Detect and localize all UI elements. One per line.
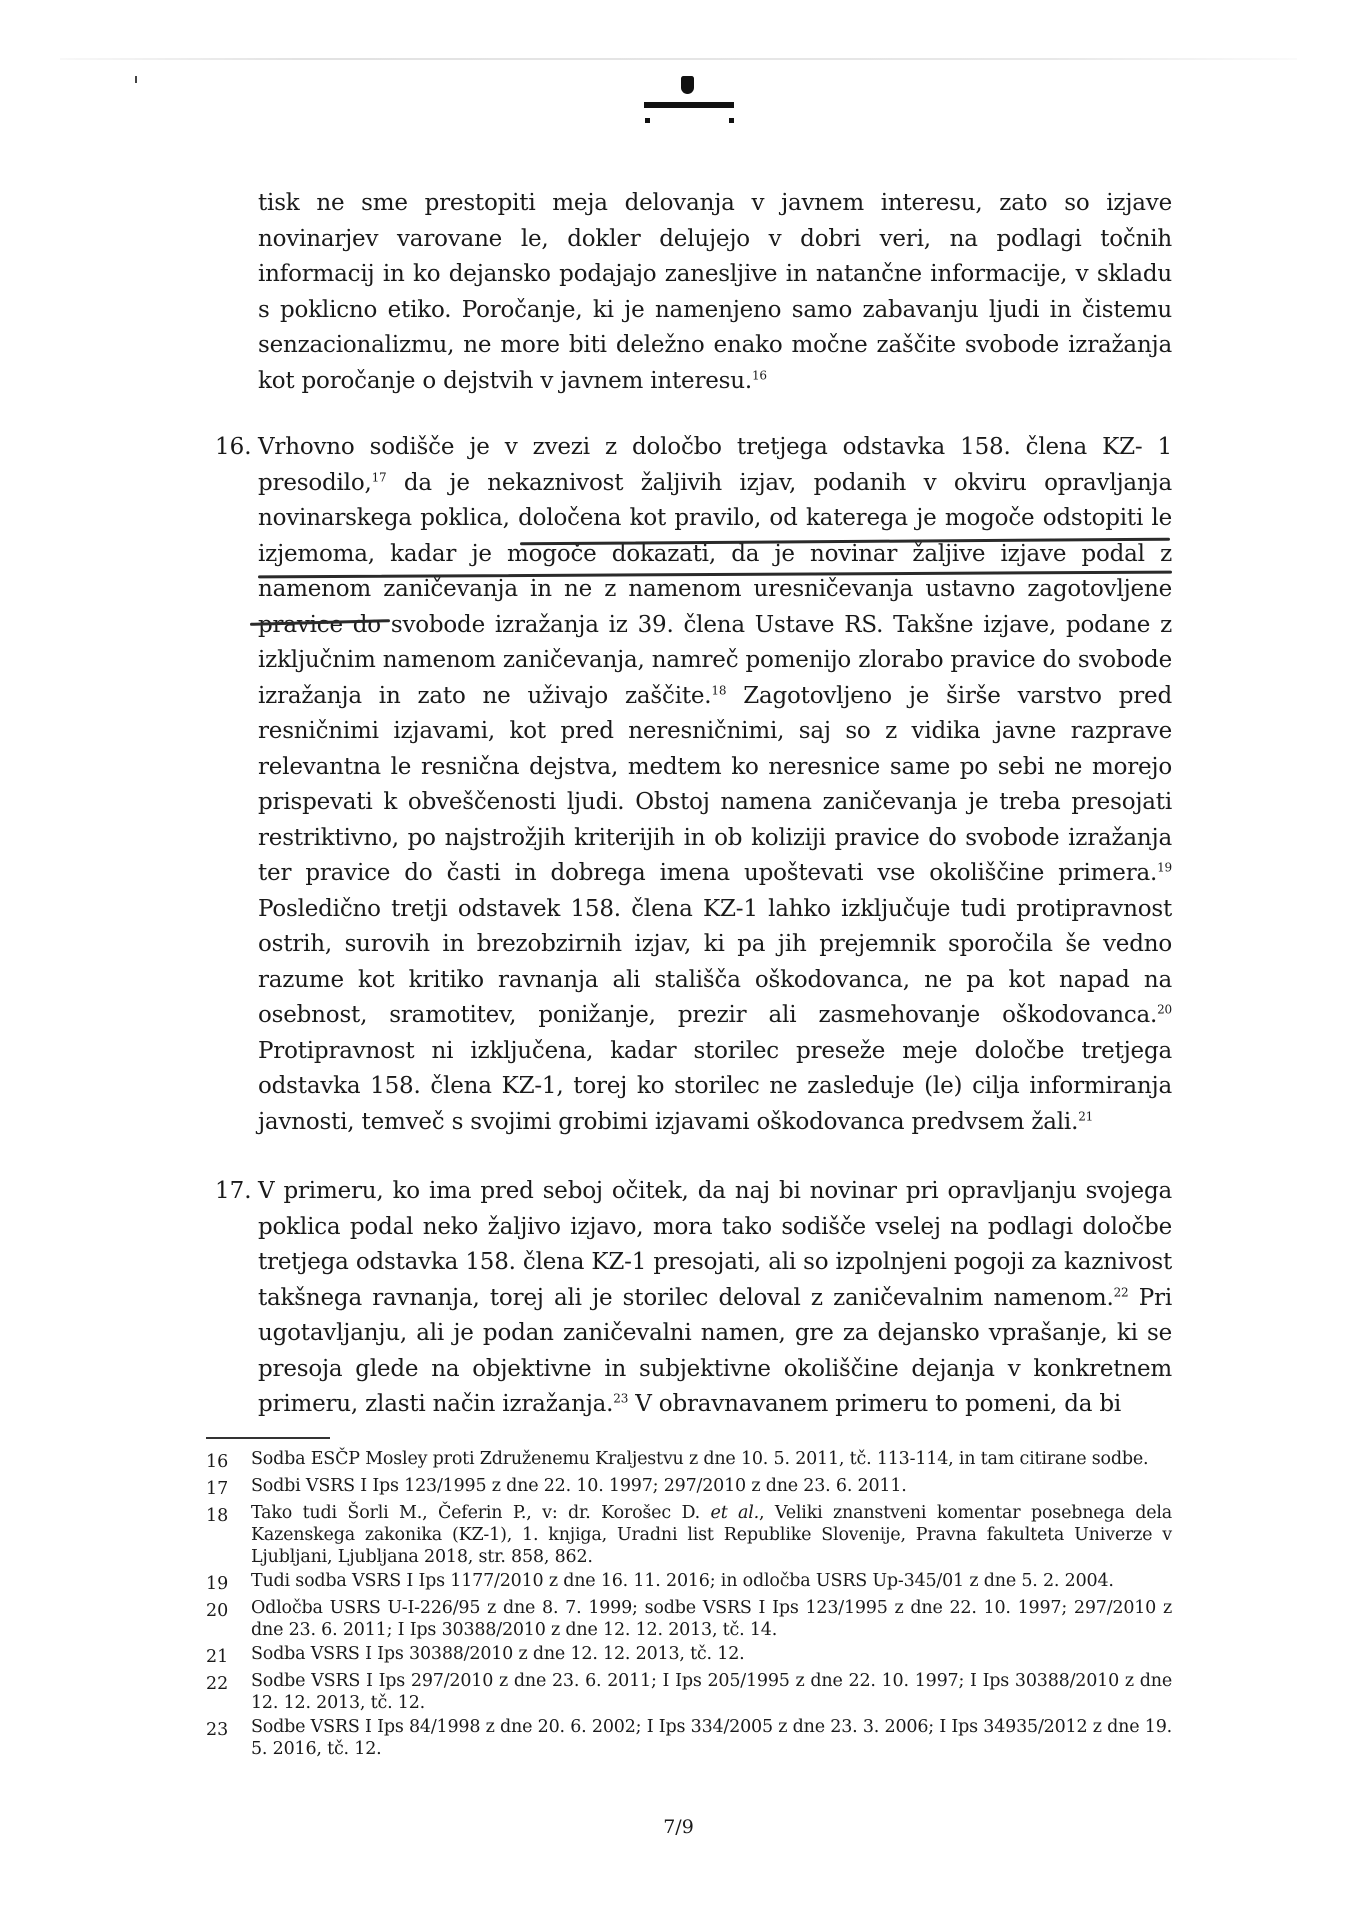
text-span: Zagotovljeno je širše varstvo pred resni… <box>258 683 1172 887</box>
court-emblem-icon <box>640 72 720 132</box>
footnotes: 16Sodba ESČP Mosley proti Združenemu Kra… <box>206 1448 1172 1762</box>
footnote-text: Sodbi VSRS I Ips 123/1995 z dne 22. 10. … <box>251 1475 1172 1500</box>
emblem-dot <box>729 118 734 123</box>
footnote-number: 20 <box>206 1597 251 1641</box>
footnote-18: 18Tako tudi Šorli M., Čeferin P., v: dr.… <box>206 1502 1172 1568</box>
footnote-ref: 22 <box>1114 1285 1129 1299</box>
footnote-number: 18 <box>206 1502 251 1568</box>
emblem-dot <box>645 118 650 123</box>
text-span: Posledično tretji odstavek 158. člena KZ… <box>258 896 1172 1029</box>
continued-paragraph: tisk ne sme prestopiti meja delovanja v … <box>258 186 1172 399</box>
footnote-ref: 18 <box>711 683 726 697</box>
scan-edge-line <box>60 58 1297 60</box>
footnote-ref: 23 <box>613 1391 628 1405</box>
footnote-separator <box>206 1437 330 1439</box>
footnote-ref: 17 <box>372 470 387 484</box>
footnote-text: Tako tudi Šorli M., Čeferin P., v: dr. K… <box>251 1502 1172 1568</box>
footnote-text: Sodba VSRS I Ips 30388/2010 z dne 12. 12… <box>251 1643 1172 1668</box>
text-span: V primeru, ko ima pred seboj očitek, da … <box>258 1178 1172 1311</box>
footnote-text: Tudi sodba VSRS I Ips 1177/2010 z dne 16… <box>251 1570 1172 1595</box>
paragraph-number: 17. <box>215 1174 252 1210</box>
footnote-number: 17 <box>206 1475 251 1500</box>
paragraph-text: tisk ne sme prestopiti meja delovanja v … <box>258 190 1172 394</box>
footnote-ref: 16 <box>752 368 767 382</box>
footnote-text: Sodba ESČP Mosley proti Združenemu Kralj… <box>251 1448 1172 1473</box>
footnote-ref: 21 <box>1078 1109 1093 1123</box>
paragraph-17: 17. V primeru, ko ima pred seboj očitek,… <box>215 1174 1172 1423</box>
footnote-text: Sodbe VSRS I Ips 297/2010 z dne 23. 6. 2… <box>251 1670 1172 1714</box>
text-span: da je nekaznivost žaljivih izjav, podani… <box>258 470 1172 709</box>
shield-icon <box>681 76 694 94</box>
footnote-21: 21Sodba VSRS I Ips 30388/2010 z dne 12. … <box>206 1643 1172 1668</box>
text-span: V obravnavanem primeru to pomeni, da bi <box>628 1391 1121 1417</box>
footnote-ref: 19 <box>1157 860 1172 874</box>
footnote-16: 16Sodba ESČP Mosley proti Združenemu Kra… <box>206 1448 1172 1473</box>
footnote-ref: 20 <box>1157 1002 1172 1016</box>
footnote-20: 20Odločba USRS U-I-226/95 z dne 8. 7. 19… <box>206 1597 1172 1641</box>
footnote-22: 22Sodbe VSRS I Ips 297/2010 z dne 23. 6.… <box>206 1670 1172 1714</box>
footnote-number: 16 <box>206 1448 251 1473</box>
paragraph-16: 16. Vrhovno sodišče je v zvezi z določbo… <box>215 430 1172 1140</box>
footnote-17: 17Sodbi VSRS I Ips 123/1995 z dne 22. 10… <box>206 1475 1172 1500</box>
paragraph-text: V primeru, ko ima pred seboj očitek, da … <box>258 1174 1172 1423</box>
emblem-bar <box>644 102 734 108</box>
scan-mark <box>135 76 137 83</box>
footnote-text: Odločba USRS U-I-226/95 z dne 8. 7. 1999… <box>251 1597 1172 1641</box>
paragraph-number: 16. <box>215 430 252 466</box>
footnote-23: 23Sodbe VSRS I Ips 84/1998 z dne 20. 6. … <box>206 1716 1172 1760</box>
italic-text: et al. <box>711 1503 760 1523</box>
footnote-number: 23 <box>206 1716 251 1760</box>
page-number: 7/9 <box>0 1816 1357 1838</box>
text-span: Tako tudi Šorli M., Čeferin P., v: dr. K… <box>251 1503 711 1523</box>
text-span: Protipravnost ni izključena, kadar stori… <box>258 1038 1172 1135</box>
footnote-number: 22 <box>206 1670 251 1714</box>
paragraph-text: Vrhovno sodišče je v zvezi z določbo tre… <box>258 430 1172 1140</box>
footnote-text: Sodbe VSRS I Ips 84/1998 z dne 20. 6. 20… <box>251 1716 1172 1760</box>
footnote-number: 21 <box>206 1643 251 1668</box>
footnote-number: 19 <box>206 1570 251 1595</box>
footnote-19: 19Tudi sodba VSRS I Ips 1177/2010 z dne … <box>206 1570 1172 1595</box>
